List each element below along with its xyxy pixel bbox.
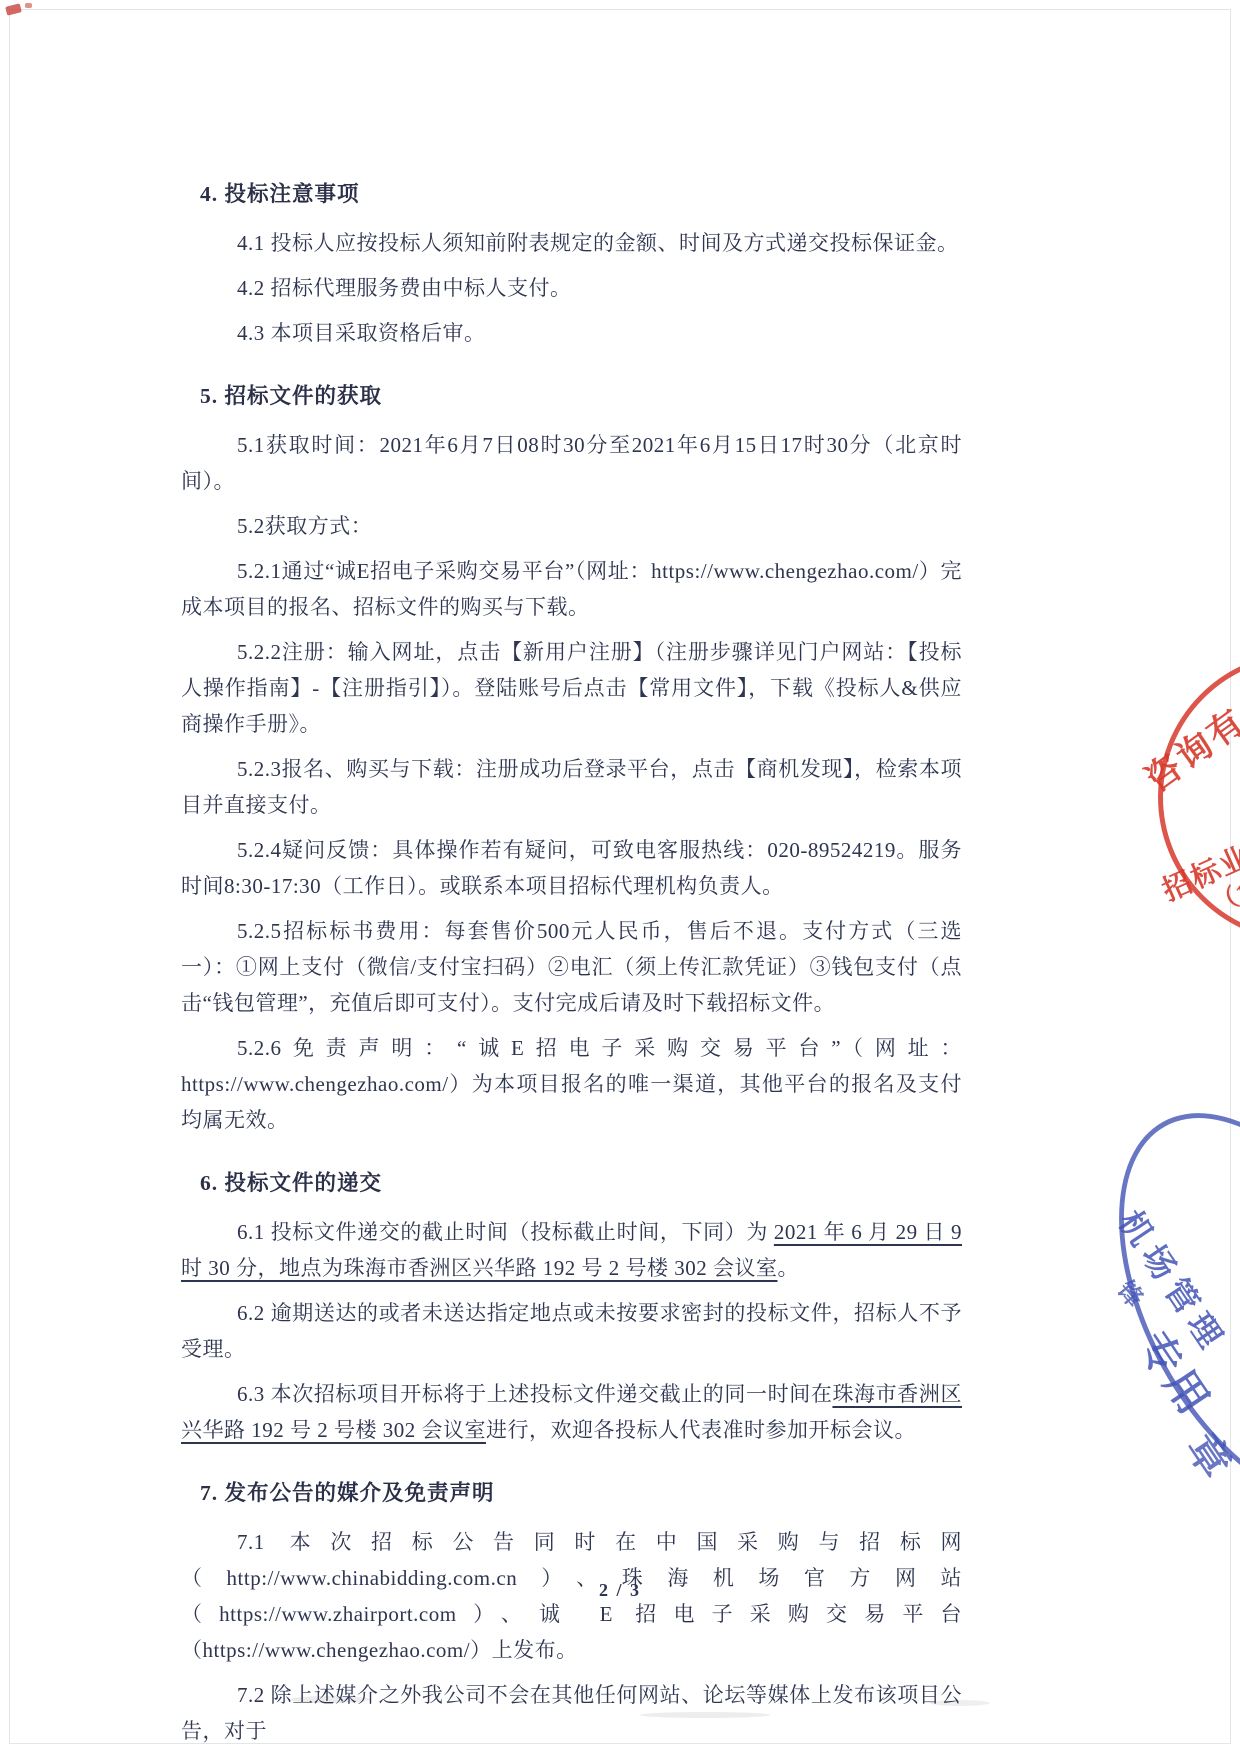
text-segment: 6.1 投标文件递交的截止时间（投标截止时间，下同）为: [237, 1220, 774, 1244]
scan-artifact: [25, 3, 32, 8]
section-heading: 4. 投标注意事项: [181, 176, 962, 212]
section-heading: 7. 发布公告的媒介及免责声明: [181, 1475, 962, 1511]
paragraph: 7.2 除上述媒介之外我公司不会在其他任何网站、论坛等媒体上发布该项目公告，对于: [181, 1677, 962, 1749]
blue-airport-seal-text: 章: [1174, 1420, 1240, 1488]
section-announcement-media: 7. 发布公告的媒介及免责声明 7.1 本次招标公告同时在中国采购与招标网（ht…: [181, 1475, 962, 1749]
paragraph: 5.2.3报名、购买与下载：注册成功后登录平台，点击【商机发现】，检索本项目并直…: [181, 751, 962, 823]
section-heading: 5. 招标文件的获取: [181, 378, 962, 414]
paragraph: 6.3 本次招标项目开标将于上述投标文件递交截止的同一时间在珠海市香洲区兴华路 …: [181, 1376, 962, 1448]
paragraph: 4.3 本项目采取资格后审。: [181, 315, 962, 351]
paragraph: 5.2.1通过“诚E招电子采购交易平台”（网址：https://www.chen…: [181, 553, 962, 625]
section-heading: 6. 投标文件的递交: [181, 1165, 962, 1201]
page-number: 2 / 3: [0, 1580, 1240, 1601]
scan-artifact: [5, 3, 22, 15]
paragraph: 6.2 逾期送达的或者未送达指定地点或未按要求密封的投标文件，招标人不予受理。: [181, 1295, 962, 1367]
document-page: 4. 投标注意事项 4.1 投标人应按投标人须知前附表规定的金额、时间及方式递交…: [0, 0, 1240, 1753]
section-bid-notes: 4. 投标注意事项 4.1 投标人应按投标人须知前附表规定的金额、时间及方式递交…: [181, 176, 962, 351]
paragraph: 5.2.5招标标书费用：每套售价500元人民币，售后不退。支付方式（三选一）：①…: [181, 913, 962, 1021]
paragraph: 5.2.6免责声明：“诚E招电子采购交易平台”（网址：https://www.c…: [181, 1030, 962, 1138]
paragraph: 4.1 投标人应按投标人须知前附表规定的金额、时间及方式递交投标保证金。: [181, 225, 962, 261]
section-obtain-documents: 5. 招标文件的获取 5.1获取时间：2021年6月7日08时30分至2021年…: [181, 378, 962, 1138]
text-segment: 进行，欢迎各投标人代表准时参加开标会议。: [486, 1418, 916, 1442]
paragraph: 4.2 招标代理服务费由中标人支付。: [181, 270, 962, 306]
paragraph: 6.1 投标文件递交的截止时间（投标截止时间，下同）为 2021 年 6 月 2…: [181, 1214, 962, 1286]
text-segment: 6.3 本次招标项目开标将于上述投标文件递交截止的同一时间在: [237, 1382, 832, 1406]
section-bid-submission: 6. 投标文件的递交 6.1 投标文件递交的截止时间（投标截止时间，下同）为 2…: [181, 1165, 962, 1448]
document-body: 4. 投标注意事项 4.1 投标人应按投标人须知前附表规定的金额、时间及方式递交…: [181, 176, 962, 1753]
paragraph: 5.1获取时间：2021年6月7日08时30分至2021年6月15日17时30分…: [181, 427, 962, 499]
paragraph: 5.2获取方式：: [181, 508, 962, 544]
paragraph: 5.2.4疑问反馈：具体操作若有疑问，可致电客服热线：020-89524219。…: [181, 832, 962, 904]
paragraph: 5.2.2注册：输入网址，点击【新用户注册】（注册步骤详见门户网站：【投标人操作…: [181, 634, 962, 742]
text-segment: 。: [778, 1256, 800, 1280]
